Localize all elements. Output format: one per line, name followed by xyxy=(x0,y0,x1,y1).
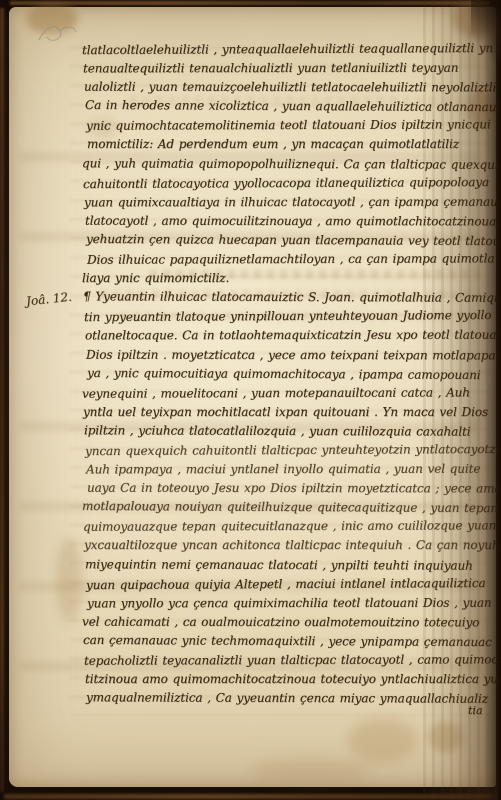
manuscript-line: Dios ilhuicac papaquiliznetlamachtiloyan… xyxy=(87,249,501,270)
manuscript-line: momictiliz: Ad perdendum eum , yn macaça… xyxy=(87,135,501,154)
manuscript-line: yxcaualtilozque yncan achitonca tlalticp… xyxy=(84,536,500,555)
manuscript-line: tepacholiztli teyacanaliztli yuan tlalti… xyxy=(84,650,500,671)
manuscript-line: can çemanauac ynic techmomaquixtili , ye… xyxy=(83,631,499,652)
manuscript-line: ynic quimochtacatemolitinemia teotl tlat… xyxy=(86,116,501,137)
binding-edge-left xyxy=(0,8,4,792)
manuscript-line: tlatlacoltlaelehuiliztli , ynteaquallael… xyxy=(82,39,498,60)
manuscript-line: quimoyauazque tepan quitecuitlanazque , … xyxy=(83,517,499,538)
manuscript-line: motlapalouaya nouiyan quiteilhuizque qui… xyxy=(82,497,498,518)
binding-edge-bottom xyxy=(4,794,498,799)
manuscript-line: yncan quexquich cahuitontli tlalticpac y… xyxy=(85,440,501,461)
manuscript-line: titzinoua amo quimomachitocatzinoua tote… xyxy=(85,670,501,689)
manuscript-line: Dios ipiltzin . moyetzticatca , yece amo… xyxy=(86,345,501,365)
manuscript-line: yehuatzin çen quizca huecapan yuan tlace… xyxy=(86,230,501,251)
manuscript-line: yntla uel teyixpan mochitlacatl ixpan qu… xyxy=(83,403,499,422)
manuscript-line: ualoliztli , yuan temauizçoelehuiliztli … xyxy=(84,78,500,98)
manuscript-line: ya , ynic quimocuitiaya quimomachitocaya… xyxy=(87,364,501,385)
manuscript-line: yuan ynyollo yca çenca quimiximachilia t… xyxy=(87,593,501,613)
manuscript-line: otlaneltocaque. Ca in totlaohtemaquixtic… xyxy=(85,326,501,346)
manuscript-line: ¶ Yyeuantin ilhuicac tlatocamauiztic S. … xyxy=(83,287,499,308)
manuscript-line: ipiltzin , yciuhca tlatocatlalilozquia ,… xyxy=(84,421,500,442)
manuscript-line: yuan quimixcaualtiaya in ilhuicac tlatoc… xyxy=(84,192,500,212)
manuscript-line: tin ypyeuantin tlatoque yninpillouan ynt… xyxy=(84,306,500,327)
manuscript-line: ymaqualnemiliztica , Ca yyeuantin çenca … xyxy=(86,688,501,709)
manuscript-line: tlatocayotl , amo quimocuilitzinouaya , … xyxy=(85,211,501,231)
manuscript-line: cahuitontli tlatocayotica yyollocacopa i… xyxy=(83,173,499,194)
manuscript-line: miyequintin nemi çemanauac tlatocati , y… xyxy=(85,555,501,576)
manuscript-line: vel cahicamati , ca oualmouicatzino oual… xyxy=(82,612,498,632)
manuscript-line: Ca in herodes anne xicoliztica , yuan aq… xyxy=(85,96,501,117)
binding-edge-top xyxy=(10,1,490,5)
manuscript-line: yuan quipachoua quiyia Altepetl , maciui… xyxy=(86,574,501,595)
text-block: tlatlacoltlaelehuiliztli , ynteaquallael… xyxy=(84,40,500,708)
manuscript-photo: Joâ. 12. tlatlacoltlaelehuiliztli , ynte… xyxy=(0,0,501,800)
catchword: tia xyxy=(468,704,483,717)
manuscript-line: qui , yuh quimatia quimopopolhuiliznequi… xyxy=(82,154,498,175)
manuscript-line: liaya ynic quimomictiliz. xyxy=(82,269,498,288)
manuscript-line: veynequini , mouelitocani , yuan motepan… xyxy=(82,383,498,404)
manuscript-line: uaya Ca in toteouyo Jesu xpo Dios ipiltz… xyxy=(87,479,501,499)
manuscript-line: Auh ipampaya , maciui yntlanel inyollo q… xyxy=(86,460,501,480)
manuscript-line: tenaualtequiliztli tenaualchiualiztli yu… xyxy=(83,59,499,79)
